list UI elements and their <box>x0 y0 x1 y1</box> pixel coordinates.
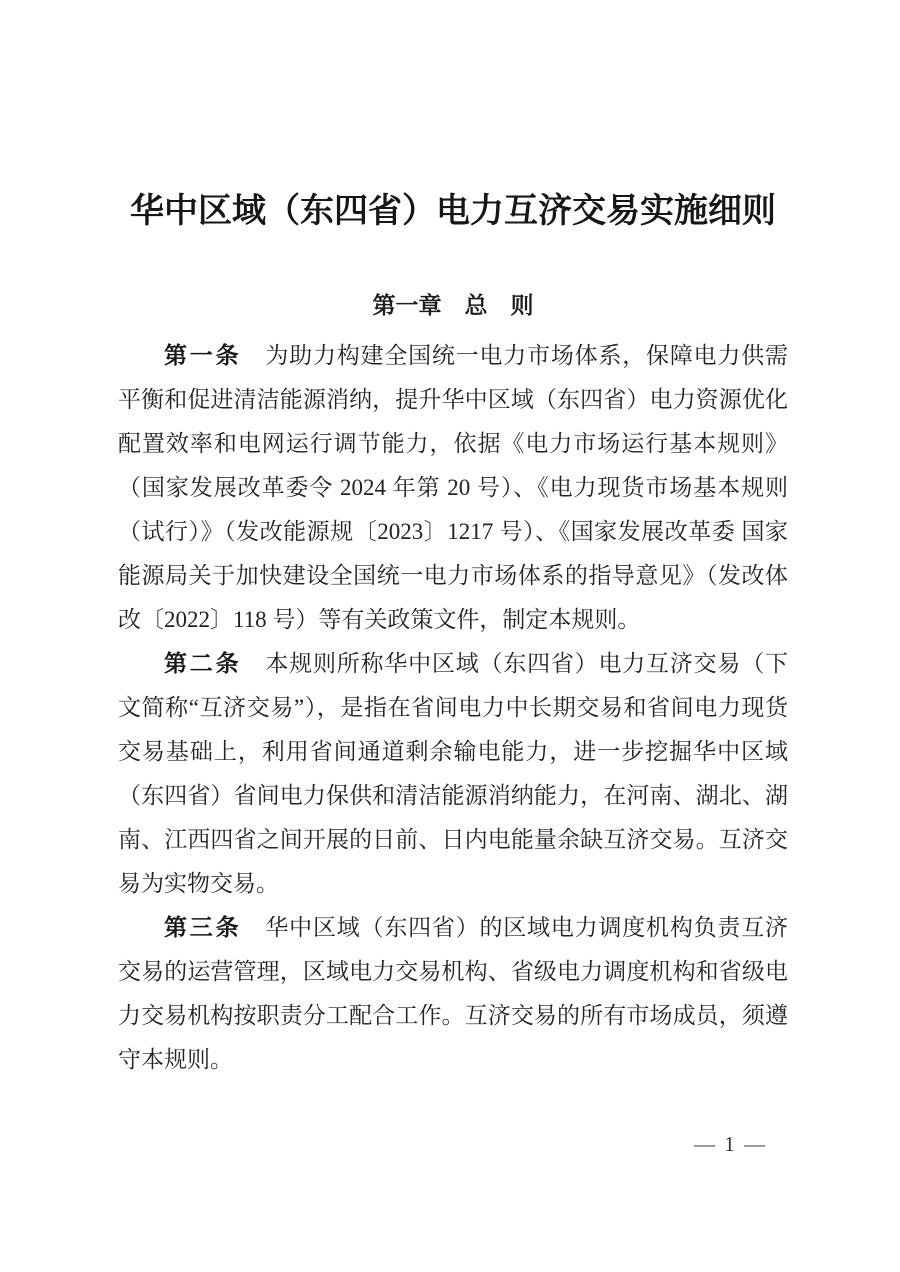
article-1-label: 第一条 <box>164 343 241 368</box>
page-number: — 1 — <box>694 1132 767 1156</box>
document-page: 华中区域（东四省）电力互济交易实施细则 第一章 总 则 第一条为助力构建全国统一… <box>0 0 900 1272</box>
document-title: 华中区域（东四省）电力互济交易实施细则 <box>118 0 788 238</box>
chapter-heading: 第一章 总 则 <box>118 290 788 322</box>
article-2-label: 第二条 <box>164 651 241 676</box>
article-3-label: 第三条 <box>164 915 241 940</box>
article-paragraph-2: 第二条本规则所称华中区域（东四省）电力互济交易（下文简称“互济交易”），是指在省… <box>118 642 788 906</box>
document-body: 第一条为助力构建全国统一电力市场体系，保障电力供需平衡和促进清洁能源消纳，提升华… <box>118 334 788 1082</box>
article-1-text: 为助力构建全国统一电力市场体系，保障电力供需平衡和促进清洁能源消纳，提升华中区域… <box>118 343 788 632</box>
article-2-text: 本规则所称华中区域（东四省）电力互济交易（下文简称“互济交易”），是指在省间电力… <box>118 651 788 896</box>
article-paragraph-1: 第一条为助力构建全国统一电力市场体系，保障电力供需平衡和促进清洁能源消纳，提升华… <box>118 334 788 642</box>
article-paragraph-3: 第三条华中区域（东四省）的区域电力调度机构负责互济交易的运营管理，区域电力交易机… <box>118 906 788 1082</box>
